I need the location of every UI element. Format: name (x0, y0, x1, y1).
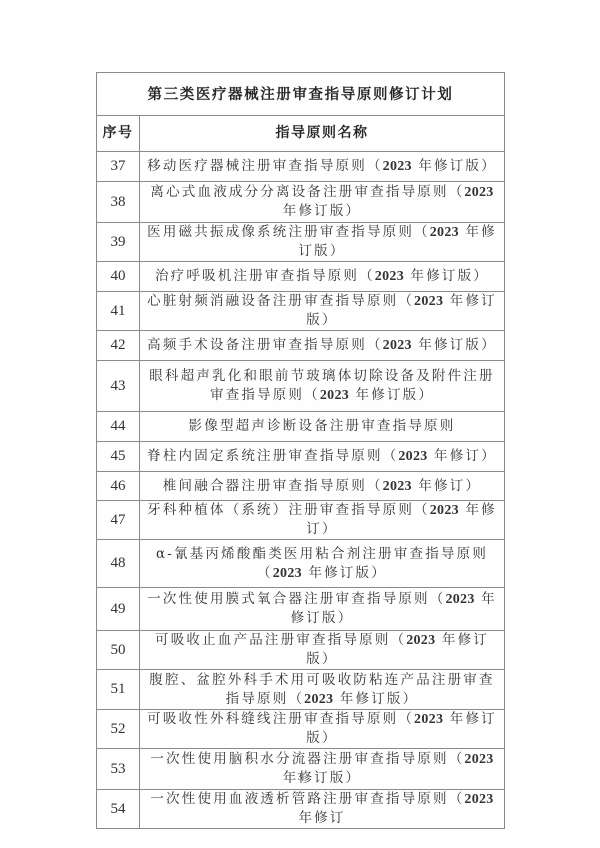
guideline-name: 眼科超声乳化和眼前节玻璃体切除设备及附件注册审查指导原则（2023 年修订版） (140, 361, 505, 412)
table-row: 48α-氰基丙烯酸酯类医用粘合剂注册审查指导原则（2023 年修订版） (97, 540, 505, 588)
table-row: 42高频手术设备注册审查指导原则（2023 年修订版） (97, 331, 505, 361)
guideline-name: 可吸收性外科缝线注册审查指导原则（2023 年修订版） (140, 710, 505, 749)
guideline-name: 牙科种植体（系统）注册审查指导原则（2023 年修订） (140, 501, 505, 540)
table-body: 37移动医疗器械注册审查指导原则（2023 年修订版）38离心式血液成分分离设备… (97, 152, 505, 829)
document-page: 第三类医疗器械注册审查指导原则修订计划 序号 指导原则名称 37移动医疗器械注册… (0, 0, 600, 848)
guideline-name: 一次性使用血液透析管路注册审查指导原则（2023 年修订 (140, 790, 505, 829)
table-row: 37移动医疗器械注册审查指导原则（2023 年修订版） (97, 152, 505, 182)
table-row: 50可吸收止血产品注册审查指导原则（2023 年修订版） (97, 631, 505, 670)
guideline-name: 可吸收止血产品注册审查指导原则（2023 年修订版） (140, 631, 505, 670)
guideline-name: α-氰基丙烯酸酯类医用粘合剂注册审查指导原则（2023 年修订版） (140, 540, 505, 588)
table-row: 44影像型超声诊断设备注册审查指导原则 (97, 412, 505, 442)
row-number: 39 (97, 223, 140, 262)
guideline-name: 一次性使用膜式氧合器注册审查指导原则（2023 年修订版） (140, 588, 505, 631)
table-header-row: 序号 指导原则名称 (97, 116, 505, 152)
guideline-name: 移动医疗器械注册审查指导原则（2023 年修订版） (140, 152, 505, 182)
guideline-name: 腹腔、盆腔外科手术用可吸收防粘连产品注册审查指导原则（2023 年修订版） (140, 670, 505, 710)
guideline-name: 影像型超声诊断设备注册审查指导原则 (140, 412, 505, 442)
table-row: 39医用磁共振成像系统注册审查指导原则（2023 年修订版） (97, 223, 505, 262)
column-header-number: 序号 (97, 116, 140, 152)
table-row: 40治疗呼吸机注册审查指导原则（2023 年修订版） (97, 262, 505, 292)
guideline-name: 椎间融合器注册审查指导原则（2023 年修订） (140, 472, 505, 501)
row-number: 51 (97, 670, 140, 710)
column-header-name: 指导原则名称 (140, 116, 505, 152)
table-row: 43眼科超声乳化和眼前节玻璃体切除设备及附件注册审查指导原则（2023 年修订版… (97, 361, 505, 412)
guideline-name: 离心式血液成分分离设备注册审查指导原则（2023 年修订版） (140, 182, 505, 223)
guideline-name: 治疗呼吸机注册审查指导原则（2023 年修订版） (140, 262, 505, 292)
row-number: 48 (97, 540, 140, 588)
row-number: 53 (97, 749, 140, 790)
row-number: 41 (97, 292, 140, 331)
row-number: 45 (97, 442, 140, 472)
table-row: 49一次性使用膜式氧合器注册审查指导原则（2023 年修订版） (97, 588, 505, 631)
table-row: 46椎间融合器注册审查指导原则（2023 年修订） (97, 472, 505, 501)
row-number: 54 (97, 790, 140, 829)
row-number: 43 (97, 361, 140, 412)
table-title-row: 第三类医疗器械注册审查指导原则修订计划 (97, 73, 505, 116)
row-number: 50 (97, 631, 140, 670)
guideline-name: 脊柱内固定系统注册审查指导原则（2023 年修订） (140, 442, 505, 472)
revision-plan-table: 第三类医疗器械注册审查指导原则修订计划 序号 指导原则名称 37移动医疗器械注册… (96, 72, 505, 829)
row-number: 37 (97, 152, 140, 182)
row-number: 40 (97, 262, 140, 292)
row-number: 42 (97, 331, 140, 361)
table-row: 45脊柱内固定系统注册审查指导原则（2023 年修订） (97, 442, 505, 472)
row-number: 49 (97, 588, 140, 631)
row-number: 47 (97, 501, 140, 540)
row-number: 52 (97, 710, 140, 749)
table-title: 第三类医疗器械注册审查指导原则修订计划 (97, 73, 505, 116)
table-row: 41心脏射频消融设备注册审查指导原则（2023 年修订版） (97, 292, 505, 331)
guideline-name: 一次性使用脑积水分流器注册审查指导原则（2023 年修订版） (140, 749, 505, 790)
table-row: 53一次性使用脑积水分流器注册审查指导原则（2023 年修订版） (97, 749, 505, 790)
guideline-name: 医用磁共振成像系统注册审查指导原则（2023 年修订版） (140, 223, 505, 262)
table-row: 52可吸收性外科缝线注册审查指导原则（2023 年修订版） (97, 710, 505, 749)
page-number: 3 (0, 772, 600, 783)
table-row: 51腹腔、盆腔外科手术用可吸收防粘连产品注册审查指导原则（2023 年修订版） (97, 670, 505, 710)
row-number: 38 (97, 182, 140, 223)
row-number: 46 (97, 472, 140, 501)
table-row: 54一次性使用血液透析管路注册审查指导原则（2023 年修订 (97, 790, 505, 829)
table-row: 47牙科种植体（系统）注册审查指导原则（2023 年修订） (97, 501, 505, 540)
row-number: 44 (97, 412, 140, 442)
guideline-name: 心脏射频消融设备注册审查指导原则（2023 年修订版） (140, 292, 505, 331)
table-row: 38离心式血液成分分离设备注册审查指导原则（2023 年修订版） (97, 182, 505, 223)
guideline-name: 高频手术设备注册审查指导原则（2023 年修订版） (140, 331, 505, 361)
